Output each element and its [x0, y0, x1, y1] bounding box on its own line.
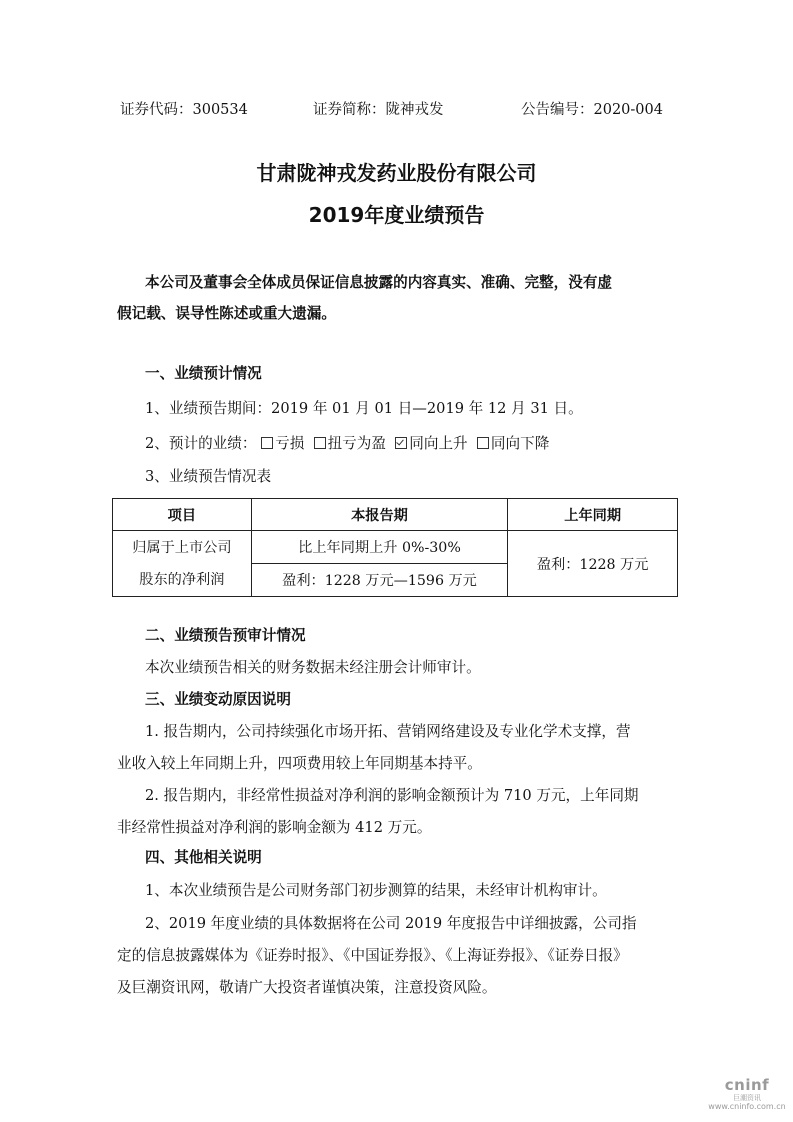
- section-1-heading: 一、业绩预计情况: [145, 362, 262, 383]
- section-4-heading: 四、其他相关说明: [145, 846, 262, 867]
- cninfo-logo-icon: cninf: [706, 1076, 788, 1094]
- company-title: 甘肃陇神戎发药业股份有限公司: [0, 157, 793, 186]
- reason-2-line-2: 非经常性损益对净利润的影响金额为 412 万元。: [117, 816, 431, 837]
- note-1: 1、本次业绩预告是公司财务部门初步测算的结果，未经审计机构审计。: [145, 879, 607, 900]
- table-caption: 3、业绩预告情况表: [145, 465, 271, 486]
- reason-1-line-1: 1. 报告期内，公司持续强化市场开拓、营销网络建设及专业化学术支撑，营: [145, 720, 631, 741]
- forecast-table: 项目 本报告期 上年同期 归属于上市公司 股东的净利润 比上年同期上升 0%-3…: [112, 498, 678, 597]
- statement-line-1: 本公司及董事会全体成员保证信息披露的内容真实、准确、完整，没有虚: [145, 271, 612, 292]
- checkbox-icon[interactable]: [261, 437, 273, 449]
- stock-name: 证券简称：陇神戎发: [313, 98, 444, 119]
- section-2-heading: 二、业绩预告预审计情况: [145, 624, 306, 645]
- statement-line-2: 假记载、误导性陈述或重大遗漏。: [117, 302, 336, 323]
- option-increase[interactable]: 同向上升: [395, 435, 467, 452]
- document-title: 2019年度业绩预告: [0, 199, 793, 228]
- note-2-line-2: 定的信息披露媒体为《证券时报》、《中国证券报》、《上海证券报》、《证券日报》: [117, 944, 628, 965]
- prior-profit: 盈利：1228 万元: [508, 531, 678, 597]
- expected-results: 2、预计的业绩： 亏损 扭亏为盈 同向上升 同向下降: [145, 432, 549, 453]
- checked-checkbox-icon[interactable]: [395, 437, 407, 449]
- announcement-number: 公告编号：2020-004: [521, 98, 663, 119]
- cninfo-watermark: cninf 巨潮资讯 www.cninfo.com.cn: [706, 1076, 788, 1112]
- forecast-period: 1、业绩预告期间：2019 年 01 月 01 日—2019 年 12 月 31…: [145, 397, 583, 418]
- note-2-line-1: 2、2019 年度业绩的具体数据将在公司 2019 年度报告中详细披露，公司指: [145, 912, 637, 933]
- stock-code: 证券代码：300534: [120, 98, 248, 119]
- header-item: 项目: [113, 499, 252, 531]
- header-current-period: 本报告期: [251, 499, 508, 531]
- header-prior-period: 上年同期: [508, 499, 678, 531]
- expected-results-label: 2、预计的业绩：: [145, 435, 256, 452]
- table-row: 归属于上市公司 股东的净利润 比上年同期上升 0%-30% 盈利：1228 万元: [113, 531, 678, 564]
- current-profit: 盈利：1228 万元—1596 万元: [251, 564, 508, 597]
- current-change: 比上年同期上升 0%-30%: [251, 531, 508, 564]
- table-header-row: 项目 本报告期 上年同期: [113, 499, 678, 531]
- reason-1-line-2: 业收入较上年同期上升，四项费用较上年同期基本持平。: [117, 752, 482, 773]
- option-loss[interactable]: 亏损: [261, 435, 304, 452]
- note-2-line-3: 及巨潮资讯网，敬请广大投资者谨慎决策，注意投资风险。: [117, 976, 496, 997]
- checkbox-icon[interactable]: [314, 437, 326, 449]
- row-label: 归属于上市公司 股东的净利润: [113, 531, 252, 597]
- section-2-text: 本次业绩预告相关的财务数据未经注册会计师审计。: [145, 656, 481, 677]
- option-decrease[interactable]: 同向下降: [477, 435, 549, 452]
- checkbox-icon[interactable]: [477, 437, 489, 449]
- reason-2-line-1: 2. 报告期内，非经常性损益对净利润的影响金额预计为 710 万元，上年同期: [145, 784, 639, 805]
- option-turnaround[interactable]: 扭亏为盈: [314, 435, 386, 452]
- section-3-heading: 三、业绩变动原因说明: [145, 688, 291, 709]
